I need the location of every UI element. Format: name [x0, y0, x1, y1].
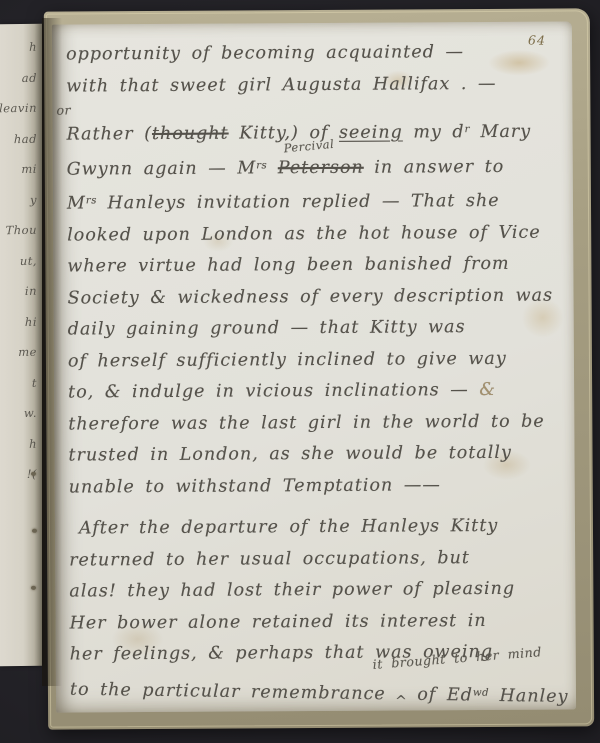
manuscript-page: 64 opportunity of becoming acquainted —w…: [52, 21, 576, 712]
interlinear-insertion: Percival: [283, 138, 334, 154]
manuscript-text-segment: opportunity of becoming acquainted —: [66, 42, 464, 64]
facing-page-text-fragment: h: [29, 428, 37, 459]
manuscript-line: trusted in London, as she would be total…: [68, 438, 566, 473]
facing-page-text-fragment: in: [25, 276, 37, 307]
facing-page-text-fragment: mi: [21, 154, 37, 185]
manuscript-text-segment: or: [56, 103, 71, 118]
manuscript-text-segment: returned to her usual occupations, but: [69, 548, 470, 570]
manuscript-text-segment: with that sweet girl Augusta Hallifax . …: [66, 73, 496, 96]
binding-stitch: [31, 586, 36, 590]
manuscript-line: unable to withstand Temptation ——: [69, 469, 567, 504]
manuscript-text-segment: to the particular remembrance: [70, 679, 386, 704]
manuscript-line: opportunity of becoming acquainted —: [66, 36, 564, 71]
manuscript-text-segment: thought: [152, 124, 229, 144]
facing-page-text-fragment: h: [29, 32, 37, 63]
manuscript-photo: hadleavinhadmiyThouut,inhimetw.h!( 64 op…: [0, 0, 600, 743]
manuscript-text-segment: therefore was the last girl in the world…: [68, 411, 544, 434]
manuscript-text-segment: Society & wickedness of every descriptio…: [68, 285, 554, 308]
manuscript-text-segment: unable to withstand Temptation ——: [69, 475, 441, 497]
manuscript-text-segment: daily gaining ground — that Kitty was: [68, 317, 466, 339]
manuscript-line: After the departure of the Hanleys Kitty: [69, 511, 567, 546]
manuscript-text-segment: alas! they had lost their power of pleas…: [69, 579, 515, 602]
manuscript-text-segment: to, & indulge in vicious inclinations —: [68, 380, 479, 403]
binding-stitch: [32, 529, 37, 533]
manuscript-text-segment: [267, 158, 278, 178]
binding-stitch: [31, 472, 36, 476]
manuscript-text-segment: Rather (: [67, 124, 153, 145]
manuscript-line: to, & indulge in vicious inclinations — …: [68, 375, 566, 410]
manuscript-text-segment: seeing: [339, 123, 403, 143]
facing-page-text-fragment: me: [18, 337, 37, 368]
book-page-edges: 64 opportunity of becoming acquainted —w…: [44, 8, 594, 729]
manuscript-line: where virtue had long been banished from: [67, 249, 565, 284]
manuscript-line: to the particular remembrance ^ of Edwd …: [70, 671, 569, 712]
facing-page-text-fragment: y: [30, 184, 37, 215]
manuscript-line: returned to her usual occupations, but: [69, 542, 567, 577]
manuscript-text-segment: of Ed: [417, 684, 473, 705]
facing-page-sliver: hadleavinhadmiyThouut,inhimetw.h!(: [0, 24, 42, 667]
manuscript-line: therefore was the last girl in the world…: [68, 406, 566, 441]
manuscript-text-segment: wd: [473, 687, 489, 698]
manuscript-line: Gwynn again — Mrs PercivalPeterson in an…: [67, 148, 565, 186]
manuscript-text-segment: Hanleys invitation replied — That she: [97, 191, 500, 213]
manuscript-line: Society & wickedness of every descriptio…: [67, 280, 565, 315]
facing-page-text-fragment: w.: [24, 398, 37, 429]
manuscript-line: looked upon London as the hot house of V…: [67, 217, 565, 252]
manuscript-text-segment: looked upon London as the hot house of V…: [67, 222, 541, 245]
interlinear-insertion-wrap: PercivalPeterson: [278, 152, 364, 184]
manuscript-line: alas! they had lost their power of pleas…: [69, 574, 567, 609]
facing-page-text-fragment: Thou: [6, 215, 37, 246]
manuscript-text-segment: in answer to: [364, 156, 505, 177]
manuscript-line: with that sweet girl Augusta Hallifax . …: [66, 68, 564, 103]
facing-page-text-fragment: ad: [22, 62, 37, 93]
manuscript-text-segment: rs: [256, 160, 267, 171]
facing-page-text-fragment: hi: [25, 306, 37, 337]
manuscript-text-segment: Hanley: [489, 685, 569, 706]
manuscript-line: daily gaining ground — that Kitty was: [68, 312, 566, 347]
manuscript-text-segment: &: [479, 380, 496, 400]
facing-page-fragments: hadleavinhadmiyThouut,inhimetw.h!(: [0, 24, 42, 490]
manuscript-text-segment: ^: [385, 693, 417, 709]
manuscript-text-segment: Her bower alone retained its interest in: [69, 611, 486, 634]
manuscript-text-segment: After the departure of the Hanleys Kitty: [79, 516, 498, 539]
manuscript-text-segment: Gwynn again — M: [67, 158, 257, 179]
facing-page-text-fragment: leavin: [0, 93, 37, 124]
manuscript-line: Mrs Hanleys invitation replied — That sh…: [67, 183, 565, 221]
manuscript-text-segment: M: [67, 194, 86, 214]
manuscript-text-segment: of herself sufficiently inclined to give…: [68, 349, 507, 372]
manuscript-lines: opportunity of becoming acquainted —with…: [52, 21, 576, 712]
manuscript-text-segment: rs: [86, 195, 97, 206]
manuscript-text-segment: trusted in London, as she would be total…: [68, 443, 511, 466]
facing-page-text-fragment: ut,: [20, 245, 37, 276]
facing-page-text-fragment: t: [32, 367, 37, 398]
manuscript-line: Her bower alone retained its interest in: [69, 605, 567, 640]
manuscript-text-segment: Peterson: [278, 157, 364, 178]
manuscript-text-segment: my d: [403, 122, 465, 142]
manuscript-text-segment: where virtue had long been banished from: [67, 254, 509, 277]
facing-page-text-fragment: had: [14, 123, 37, 154]
manuscript-line: of herself sufficiently inclined to give…: [68, 343, 566, 378]
manuscript-text-segment: Mary: [470, 122, 531, 142]
